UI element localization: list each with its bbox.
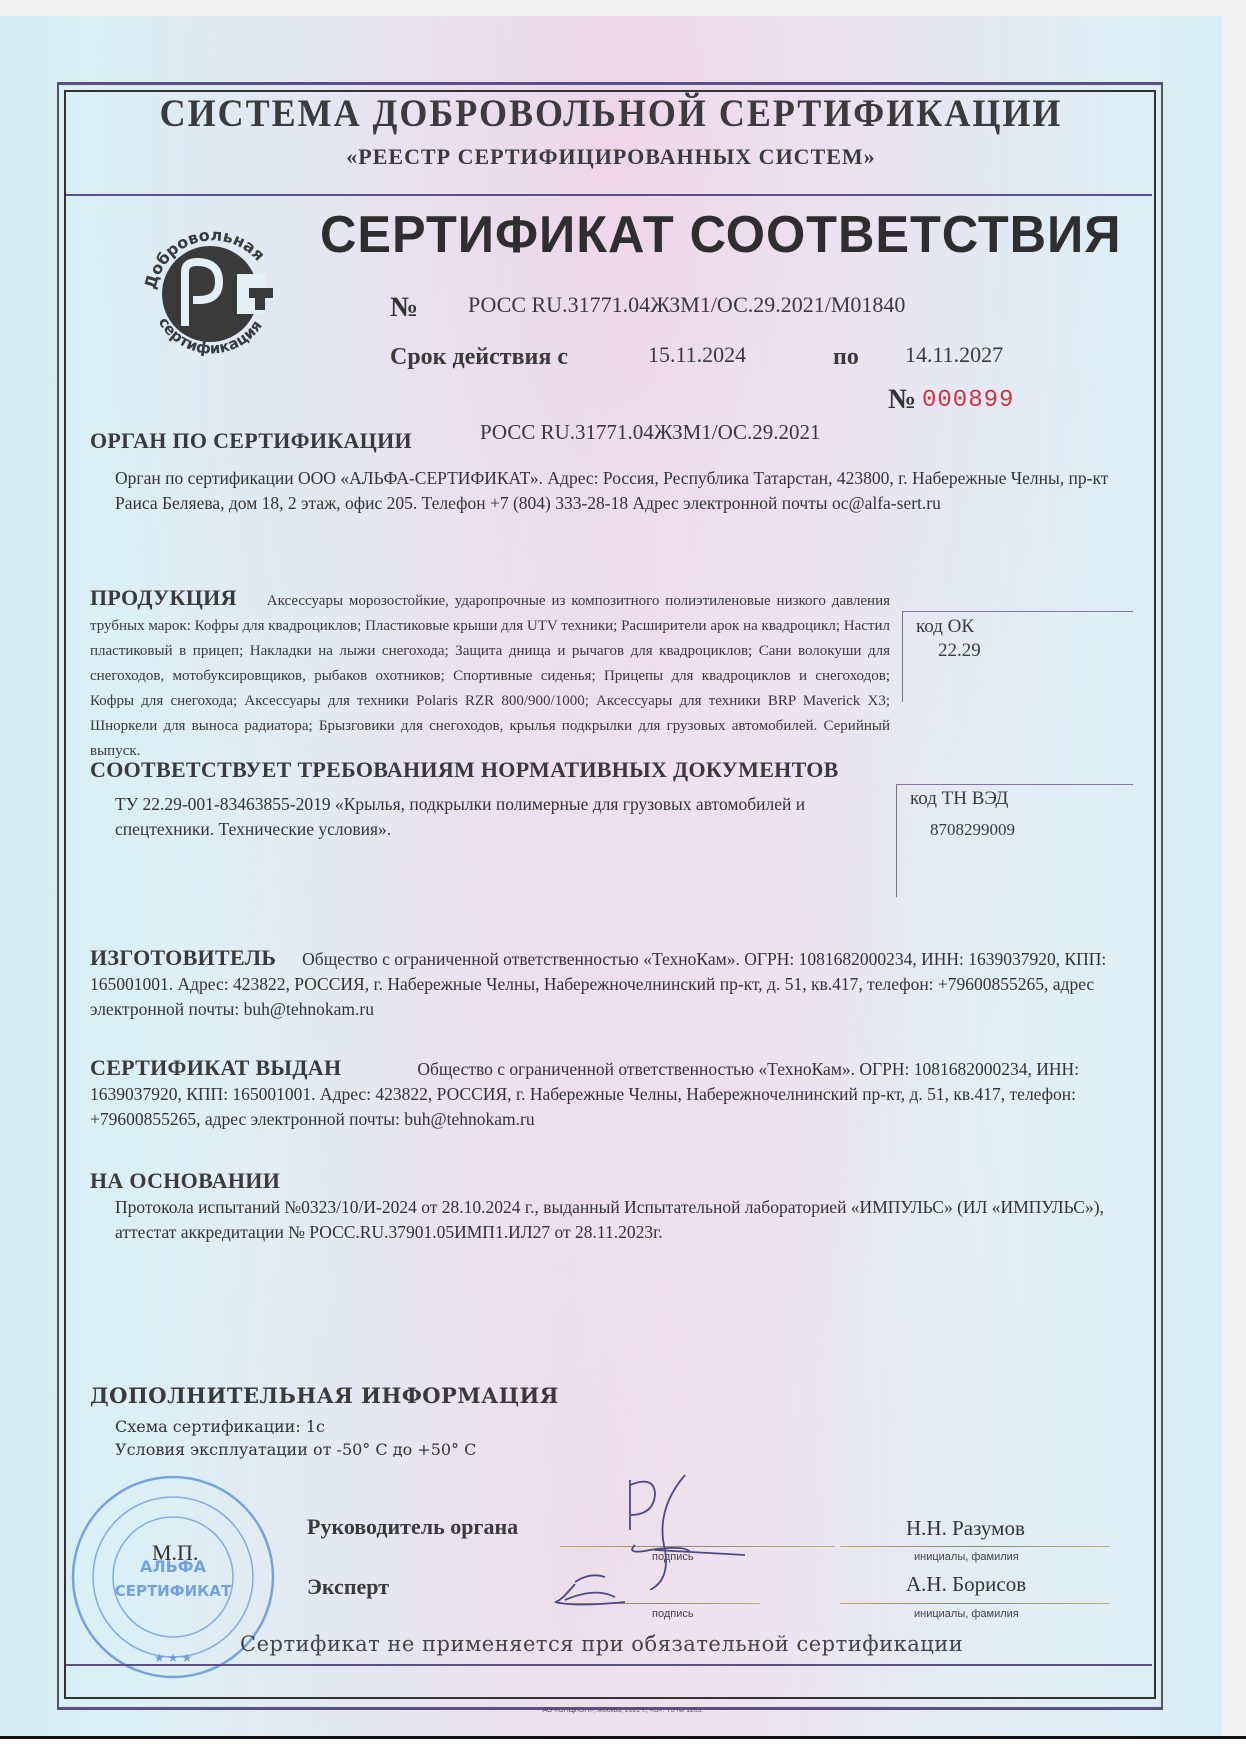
product-section: ПРОДУКЦИЯАксессуары морозостойкие, ударо… <box>90 585 890 764</box>
basis-text: Протокола испытаний №0323/10/И-2024 от 2… <box>115 1195 1155 1245</box>
certification-body-code: РОСС RU.31771.04ЖЗМ1/ОС.29.2021 <box>480 420 821 445</box>
certification-scheme: Схема сертификации: 1с <box>115 1417 325 1436</box>
head-name-caption: инициалы, фамилия <box>914 1551 1019 1563</box>
footer-note: Сертификат не применяется при обязательн… <box>240 1632 963 1656</box>
head-name: Н.Н. Разумов <box>906 1516 1025 1541</box>
manufacturer-section: ИЗГОТОВИТЕЛЬОбщество с ограниченной отве… <box>90 945 1130 1022</box>
basis-label: НА ОСНОВАНИИ <box>90 1168 280 1194</box>
normative-text: ТУ 22.29-001-83463855-2019 «Крылья, подк… <box>115 792 835 842</box>
product-text: Аксессуары морозостойкие, ударопрочные и… <box>90 593 890 759</box>
validity-label: Срок действия с <box>390 344 568 371</box>
printer-imprint: АО «ОПЦИОН», Москва, 2022 г., «В». ТЗ № … <box>0 1707 1246 1714</box>
footer-divider <box>66 1664 1152 1666</box>
normative-label: СООТВЕТСТВУЕТ ТРЕБОВАНИЯМ НОРМАТИВНЫХ ДО… <box>90 757 839 783</box>
expert-name-caption: инициалы, фамилия <box>914 1608 1019 1620</box>
rst-voluntary-certification-logo-icon: Добровольная сертификация <box>137 214 287 364</box>
blank-serial-number: 000899 <box>922 387 1014 414</box>
valid-to-label: по <box>833 344 859 371</box>
product-label: ПРОДУКЦИЯ <box>90 585 237 610</box>
svg-text:СЕРТИФИКАТ: СЕРТИФИКАТ <box>115 1582 232 1600</box>
expert-name-line <box>840 1603 1110 1604</box>
tnved-code-value: 8708299009 <box>930 820 1015 840</box>
certificate-number: РОСС RU.31771.04ЖЗМ1/ОС.29.2021/М01840 <box>468 292 905 318</box>
header-divider <box>66 194 1152 196</box>
tnved-code-label: код ТН ВЭД <box>910 788 1008 810</box>
valid-from-date: 15.11.2024 <box>648 342 746 368</box>
additional-info-label: ДОПОЛНИТЕЛЬНАЯ ИНФОРМАЦИЯ <box>90 1383 559 1408</box>
manufacturer-label: ИЗГОТОВИТЕЛЬ <box>90 945 276 970</box>
document-title: СЕРТИФИКАТ СООТВЕТСТВИЯ <box>320 205 1122 265</box>
issued-to-label: СЕРТИФИКАТ ВЫДАН <box>90 1055 341 1080</box>
ok-code-value: 22.29 <box>938 640 981 662</box>
certification-body-label: ОРГАН ПО СЕРТИФИКАЦИИ <box>90 428 412 454</box>
expert-signature-icon <box>545 1572 695 1617</box>
expert-label: Эксперт <box>307 1574 389 1600</box>
expert-name: А.Н. Борисов <box>906 1572 1026 1597</box>
certificate-number-sign: № <box>390 292 418 324</box>
head-name-line <box>840 1546 1110 1547</box>
seal-place-label: М.П. <box>152 1540 198 1566</box>
ok-code-label: код ОК <box>916 616 974 638</box>
system-subtitle: «РЕЕСТР СЕРТИФИЦИРОВАННЫХ СИСТЕМ» <box>60 144 1162 170</box>
scan-bottom-edge <box>0 1736 1246 1761</box>
blank-number-sign: № <box>888 384 916 416</box>
valid-to-date: 14.11.2027 <box>905 342 1003 368</box>
head-of-body-label: Руководитель органа <box>307 1514 518 1540</box>
issued-to-section: СЕРТИФИКАТ ВЫДАНОбщество с ограниченной … <box>90 1055 1130 1132</box>
system-title: СИСТЕМА ДОБРОВОЛЬНОЙ СЕРТИФИКАЦИИ <box>60 90 1162 136</box>
operating-conditions: Условия эксплуатации от -50° С до +50° С <box>115 1440 476 1459</box>
certification-body-text: Орган по сертификации ООО «АЛЬФА-СЕРТИФИ… <box>115 466 1135 516</box>
svg-text:★ ★ ★: ★ ★ ★ <box>154 1651 192 1665</box>
